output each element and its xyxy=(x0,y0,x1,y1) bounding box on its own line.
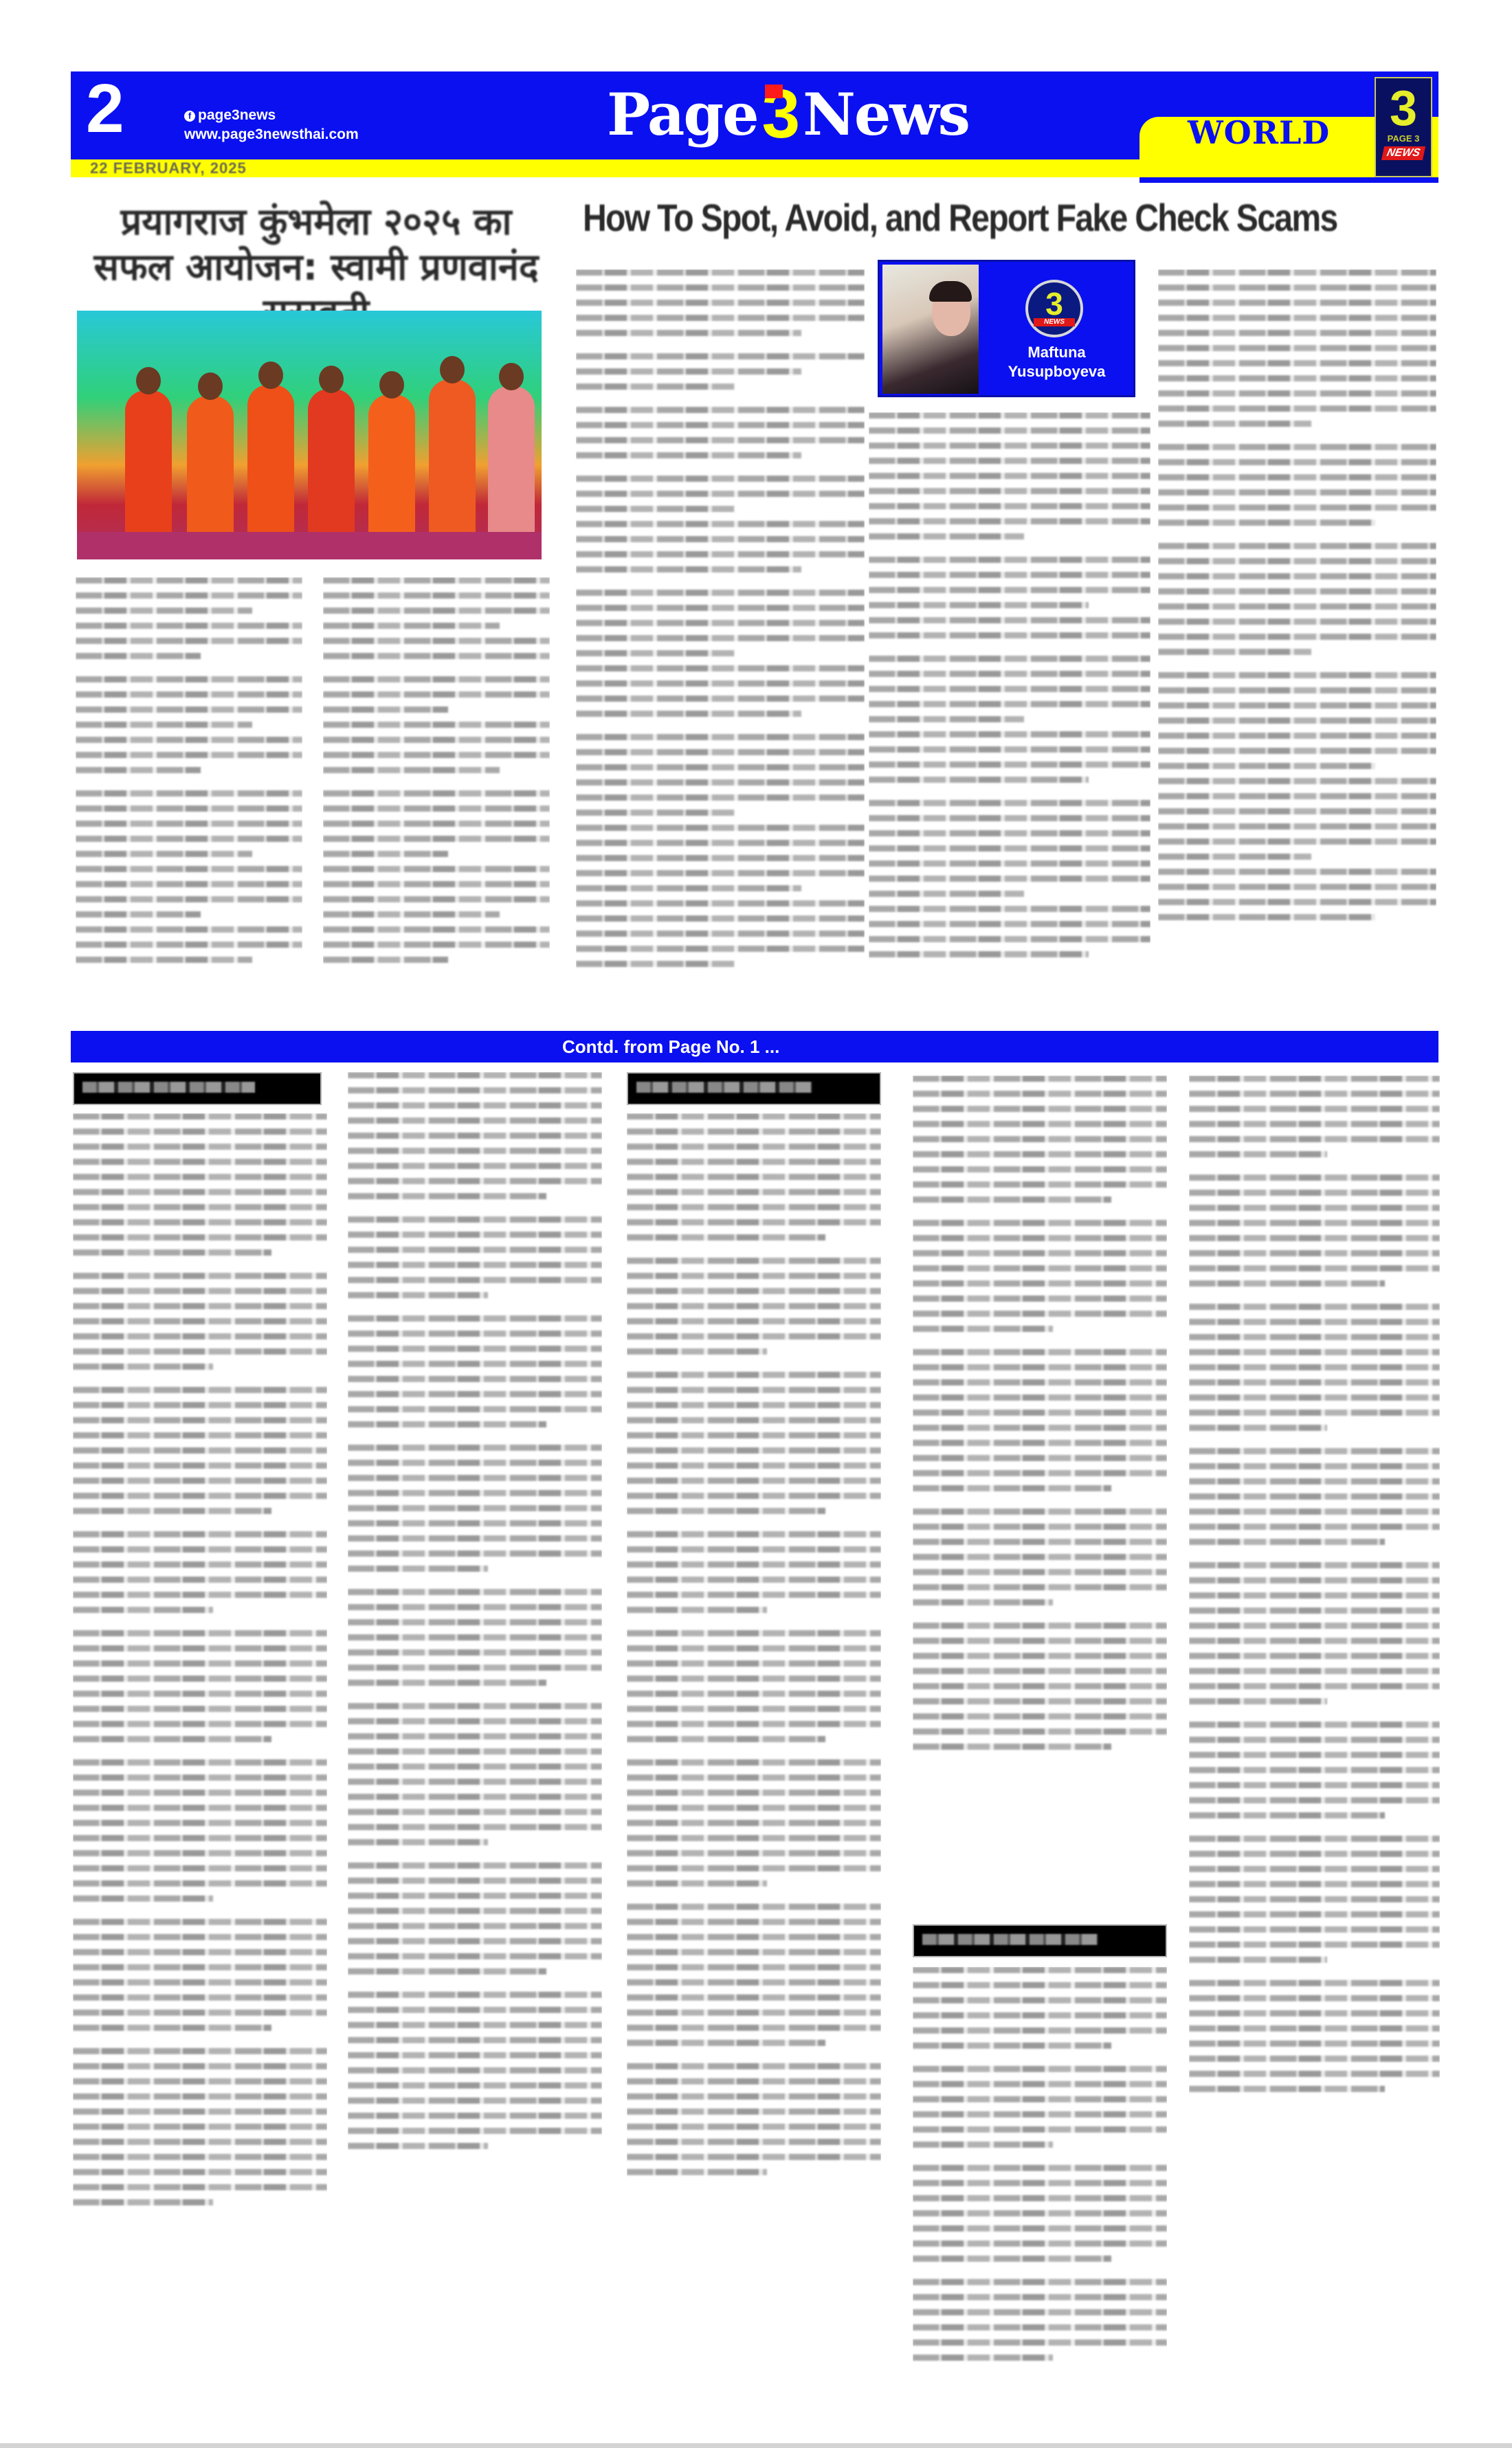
photo-figure xyxy=(247,385,294,542)
masthead-yellow-strip-mid xyxy=(593,159,1212,177)
author-first-name: Maftuna xyxy=(983,343,1131,362)
masthead: 2 fpage3news www.page3newsthai.com 22 FE… xyxy=(71,71,1438,179)
author-logo-label: NEWS xyxy=(1034,318,1075,326)
badge-number: 3 xyxy=(1376,84,1431,133)
kumbh-text-col-1 xyxy=(76,577,302,1024)
subhead-col-3 xyxy=(627,1072,881,1105)
photo-figure xyxy=(308,389,355,542)
facebook-handle: page3news xyxy=(198,107,276,123)
subhead-col-4 xyxy=(913,1924,1167,1957)
page-number: 2 xyxy=(86,74,124,143)
photo-figure xyxy=(368,394,415,542)
photo-figure xyxy=(187,396,234,542)
website-link[interactable]: www.page3newsthai.com xyxy=(184,125,359,144)
author-photo xyxy=(882,265,979,394)
logo-word-page: Page xyxy=(607,80,758,148)
photo-figure xyxy=(488,386,535,542)
page-bottom-edge xyxy=(0,2443,1512,2448)
facebook-link[interactable]: fpage3news xyxy=(184,106,359,125)
kumbh-photo xyxy=(77,311,542,559)
brand-badge-logo: 3 PAGE 3 NEWS xyxy=(1375,77,1432,177)
masthead-bottom-rule xyxy=(1139,177,1438,183)
contd-text-col-5 xyxy=(1189,1076,1440,2354)
photo-figure xyxy=(429,379,476,542)
contd-text-col-3 xyxy=(627,1113,881,2364)
section-label: WORLD xyxy=(1188,114,1330,151)
fake-check-text-col-1 xyxy=(576,269,865,1025)
author-name: Maftuna Yusupboyeva xyxy=(983,343,1131,381)
contd-text-col-4 xyxy=(913,1076,1167,1914)
fake-check-headline: How To Spot, Avoid, and Report Fake Chec… xyxy=(583,195,1315,240)
subhead-col-1 xyxy=(73,1072,322,1105)
contd-text-col-2 xyxy=(348,1072,602,2364)
photo-carpet xyxy=(77,532,542,559)
photo-figure xyxy=(125,390,172,542)
facebook-icon: f xyxy=(184,111,195,122)
social-links: fpage3news www.page3newsthai.com xyxy=(184,106,359,145)
continuation-banner-text: Contd. from Page No. 1 ... xyxy=(562,1036,779,1058)
badge-news-label: NEWS xyxy=(1381,146,1425,160)
badge-page-label: PAGE 3 xyxy=(1376,133,1431,144)
fake-check-text-col-3 xyxy=(1158,269,1436,1025)
fake-check-text-col-2 xyxy=(869,412,1150,1024)
newspaper-logo[interactable]: Page 3 News xyxy=(607,80,969,148)
issue-date: 22 FEBRUARY, 2025 xyxy=(90,159,247,177)
logo-number: 3 xyxy=(762,75,799,154)
contd-text-col-1 xyxy=(73,1113,327,2364)
contd-text-col-4b xyxy=(913,1967,1167,2366)
author-byline-box: 3 NEWS Maftuna Yusupboyeva xyxy=(878,260,1135,397)
author-box-logo: 3 NEWS xyxy=(1025,280,1083,337)
logo-word-news: News xyxy=(803,80,969,148)
kumbh-text-col-2 xyxy=(323,577,550,1024)
author-last-name: Yusupboyeva xyxy=(983,362,1131,381)
